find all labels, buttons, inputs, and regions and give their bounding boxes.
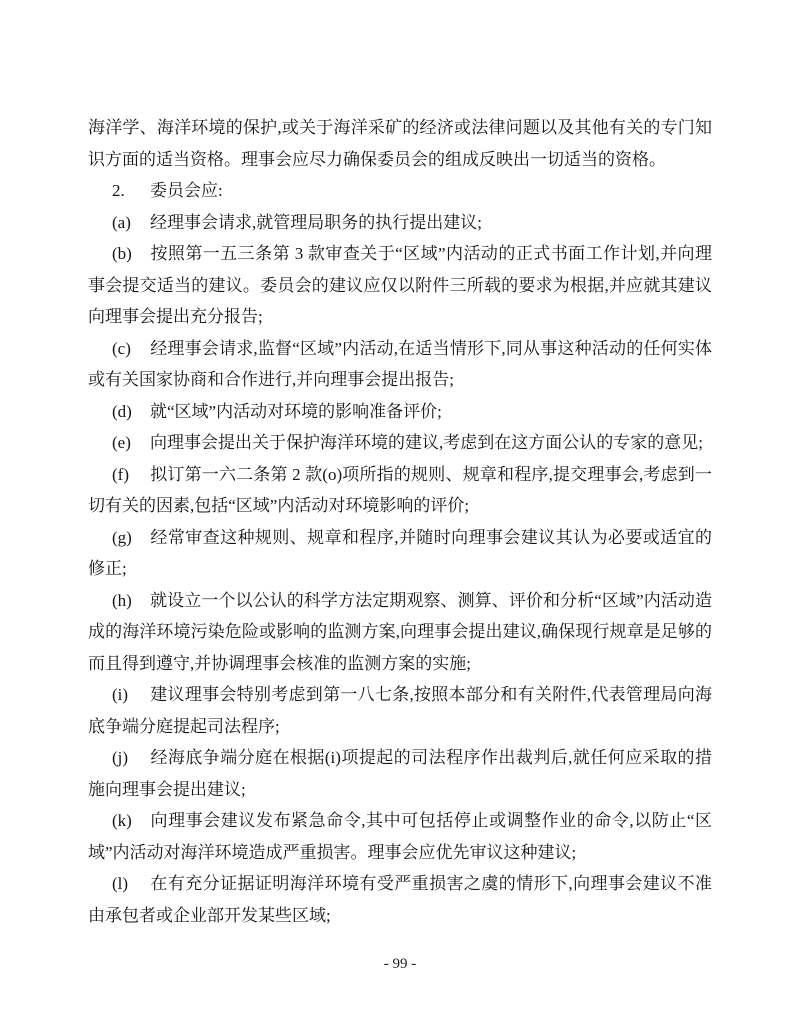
paragraph-label: 2. [112, 175, 150, 207]
paragraph-text: 经海底争端分庭在根据(i)项提起的司法程序作出裁判后,就任何应采取的措施向理事会… [88, 748, 712, 799]
page-number: - 99 - [384, 956, 417, 972]
paragraph-text: 向理事会提出关于保护海洋环境的建议,考虑到在这方面公认的专家的意见; [150, 433, 703, 452]
paragraph-text: 经理事会请求,监督“区域”内活动,在适当情形下,同从事这种活动的任何实体或有关国… [88, 339, 712, 390]
paragraph-text: 就设立一个以公认的科学方法定期观察、测算、评价和分析“区域”内活动造成的海洋环境… [88, 591, 712, 673]
paragraph: (b)按照第一五三条第 3 款审查关于“区域”内活动的正式书面工作计划,并向理事… [88, 238, 712, 333]
paragraph-text: 按照第一五三条第 3 款审查关于“区域”内活动的正式书面工作计划,并向理事会提交… [88, 244, 712, 326]
paragraph-label: (c) [112, 333, 150, 365]
page-footer: - 99 - [0, 954, 800, 974]
paragraph-label: (e) [112, 427, 150, 459]
paragraph: (c)经理事会请求,监督“区域”内活动,在适当情形下,同从事这种活动的任何实体或… [88, 333, 712, 396]
paragraph-text: 在有充分证据证明海洋环境有受严重损害之虞的情形下,向理事会建议不准由承包者或企业… [88, 874, 712, 925]
paragraph-label: (i) [112, 679, 150, 711]
paragraph: 海洋学、海洋环境的保护,或关于海洋采矿的经济或法律问题以及其他有关的专门知识方面… [88, 112, 712, 175]
paragraph-label: (k) [112, 805, 150, 837]
paragraph-text: 向理事会建议发布紧急命令,其中可包括停止或调整作业的命令,以防止“区域”内活动对… [88, 811, 712, 862]
paragraph: (h)就设立一个以公认的科学方法定期观察、测算、评价和分析“区域”内活动造成的海… [88, 585, 712, 680]
paragraph-label: (b) [112, 238, 150, 270]
paragraph-text: 经常审查这种规则、规章和程序,并随时向理事会建议其认为必要或适宜的修正; [88, 528, 712, 579]
paragraph: (d)就“区域”内活动对环境的影响准备评价; [88, 396, 712, 428]
paragraph-label: (g) [112, 522, 150, 554]
paragraph-text: 海洋学、海洋环境的保护,或关于海洋采矿的经济或法律问题以及其他有关的专门知识方面… [88, 118, 712, 169]
paragraph: (j)经海底争端分庭在根据(i)项提起的司法程序作出裁判后,就任何应采取的措施向… [88, 742, 712, 805]
paragraph-text: 就“区域”内活动对环境的影响准备评价; [150, 402, 442, 421]
document-body: 海洋学、海洋环境的保护,或关于海洋采矿的经济或法律问题以及其他有关的专门知识方面… [88, 112, 712, 931]
paragraph: (e)向理事会提出关于保护海洋环境的建议,考虑到在这方面公认的专家的意见; [88, 427, 712, 459]
paragraph: (l)在有充分证据证明海洋环境有受严重损害之虞的情形下,向理事会建议不准由承包者… [88, 868, 712, 931]
paragraph-text: 建议理事会特别考虑到第一八七条,按照本部分和有关附件,代表管理局向海底争端分庭提… [88, 685, 712, 736]
paragraph: (a)经理事会请求,就管理局职务的执行提出建议; [88, 207, 712, 239]
paragraph-label: (l) [112, 868, 150, 900]
paragraph-text: 拟订第一六二条第 2 款(o)项所指的规则、规章和程序,提交理事会,考虑到一切有… [88, 465, 712, 516]
paragraph-label: (f) [112, 459, 150, 491]
paragraph-label: (d) [112, 396, 150, 428]
paragraph-label: (j) [112, 742, 150, 774]
paragraph: (f)拟订第一六二条第 2 款(o)项所指的规则、规章和程序,提交理事会,考虑到… [88, 459, 712, 522]
paragraph-text: 经理事会请求,就管理局职务的执行提出建议; [150, 213, 482, 232]
paragraph-text: 委员会应: [150, 181, 223, 200]
paragraph-label: (h) [112, 585, 150, 617]
paragraph: (g)经常审查这种规则、规章和程序,并随时向理事会建议其认为必要或适宜的修正; [88, 522, 712, 585]
paragraph: (i)建议理事会特别考虑到第一八七条,按照本部分和有关附件,代表管理局向海底争端… [88, 679, 712, 742]
paragraph-label: (a) [112, 207, 150, 239]
paragraph: 2.委员会应: [88, 175, 712, 207]
paragraph: (k)向理事会建议发布紧急命令,其中可包括停止或调整作业的命令,以防止“区域”内… [88, 805, 712, 868]
